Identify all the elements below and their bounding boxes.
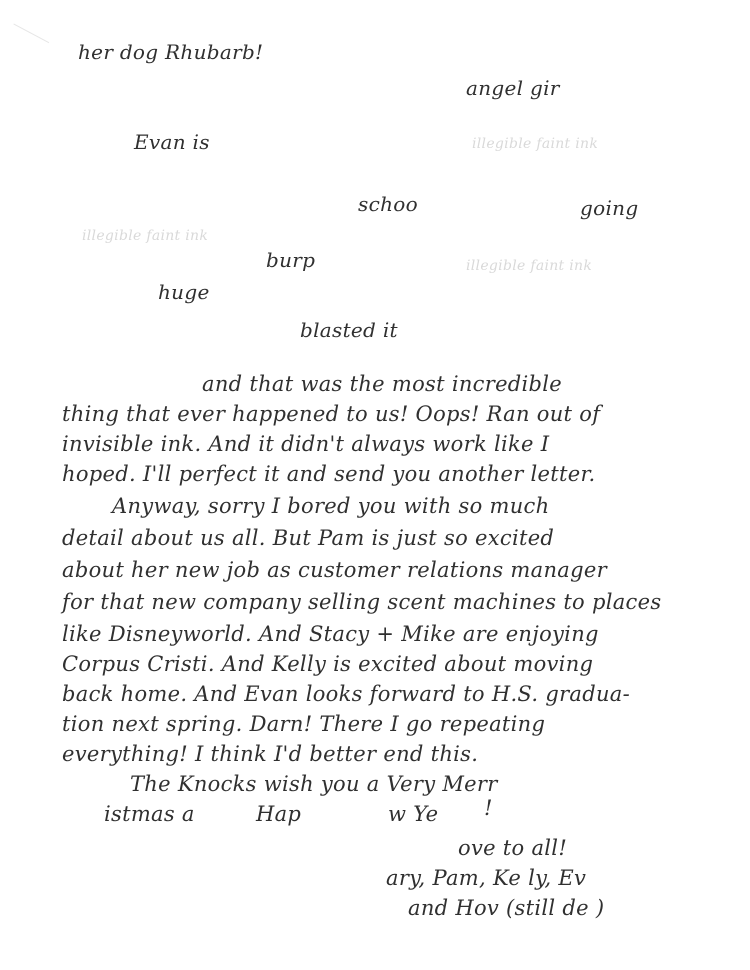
body-line: for that new company selling scent machi… [62,590,661,614]
closing-love-line: ove to all! [458,836,567,860]
faint-ink-2: illegible faint ink [82,228,208,244]
body-line: invisible ink. And it didn't always work… [62,432,549,456]
closing-wish-fragment: Hap [256,802,301,826]
corner-smudge [7,23,49,55]
fragment-going: going [580,196,638,220]
letter-page: her dog Rhubarb! angel gir Evan is illeg… [0,0,750,970]
closing-wish-fragment: istmas a [104,802,195,826]
body-line: thing that ever happened to us! Oops! Ra… [62,402,600,426]
closing-wish-fragment: ! [484,796,493,820]
faint-ink-3: illegible faint ink [466,258,592,274]
fragment-schoo: schoo [358,192,418,216]
closing-names-line: ary, Pam, Ke ly, Ev [386,866,586,890]
closing-wish-fragment: w Ye [388,802,438,826]
body-line: detail about us all. But Pam is just so … [62,526,554,550]
faint-ink-1: illegible faint ink [472,136,598,152]
body-line: everything! I think I'd better end this. [62,742,478,766]
body-line: about her new job as customer relations … [62,558,607,582]
body-line: hoped. I'll perfect it and send you anot… [62,462,596,486]
fragment-blasted: blasted it [300,318,398,342]
fragment-evan: Evan is [134,130,210,154]
body-line: and that was the most incredible [202,372,562,396]
body-line: back home. And Evan looks forward to H.S… [62,682,630,706]
fragment-burp: burp [266,248,315,272]
closing-last-line: and Hov (still de ) [408,896,604,920]
body-line: Anyway, sorry I bored you with so much [112,494,549,518]
fragment-dog: her dog Rhubarb! [78,40,263,64]
closing-wish-line-1: The Knocks wish you a Very Merr [130,772,498,796]
fragment-angel: angel gir [466,76,560,100]
body-line: Corpus Cristi. And Kelly is excited abou… [62,652,593,676]
fragment-huge: huge [158,280,210,304]
body-line: like Disneyworld. And Stacy + Mike are e… [62,622,599,646]
body-line: tion next spring. Darn! There I go repea… [62,712,545,736]
